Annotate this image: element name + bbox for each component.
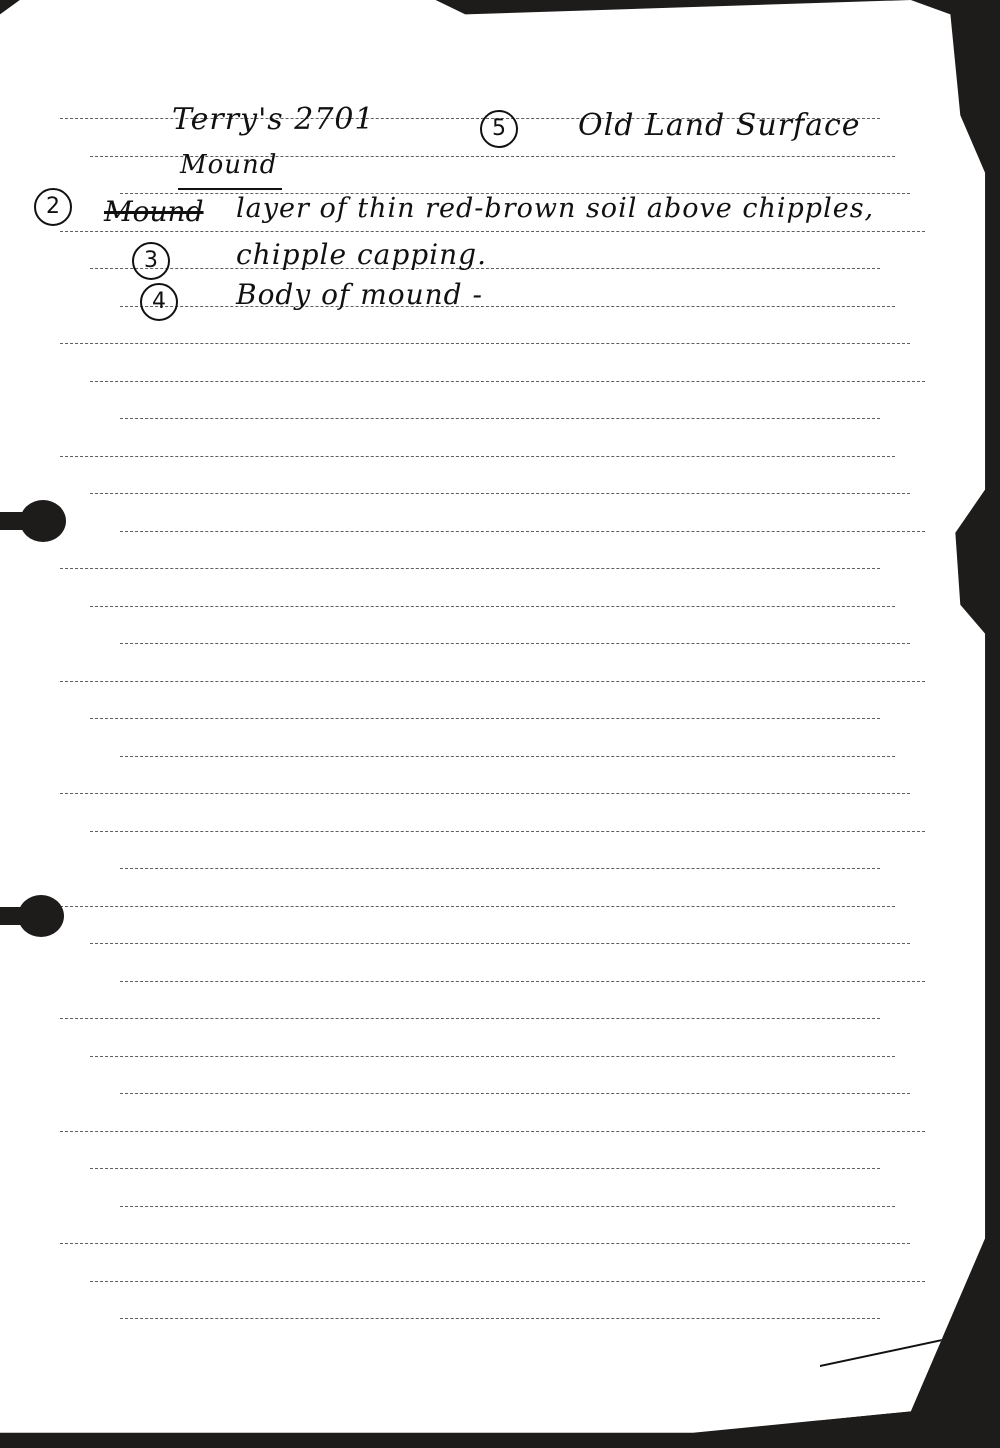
ruled-line [120,981,925,983]
feature-underline [178,188,282,190]
ruled-line [90,381,925,383]
ruled-line [120,1093,910,1095]
ruled-line [60,343,910,345]
entry-4-text: Body of mound - [236,278,483,311]
punch-hole-bottom [18,895,64,937]
ruled-line [120,868,880,870]
struck-out-word: Mound [104,195,204,228]
ruled-line [90,1168,880,1170]
folded-corner [820,1331,980,1447]
ruled-line [60,456,895,458]
ruled-line [90,1281,925,1283]
context-number-2: 2 [34,188,72,226]
ruled-line [60,568,880,570]
ruled-line [60,681,925,683]
feature-title: Mound [180,150,277,180]
ruled-line [90,943,910,945]
context-label: Old Land Surface [578,108,861,143]
entry-3-text: chipple capping. [236,238,487,271]
ruled-line [60,793,910,795]
ruled-line [90,831,925,833]
ruled-line [60,1131,925,1133]
site-name: Terry's 2701 [172,102,375,137]
ruled-line [60,231,925,233]
ruled-line [120,1206,895,1208]
context-number-3: 3 [132,242,170,280]
ruled-line [120,1318,880,1320]
ruled-line [90,718,880,720]
ruled-line [90,606,895,608]
ruled-line [90,1056,895,1058]
ruled-line [120,756,895,758]
punch-hole-top [20,500,66,542]
ruled-line [60,1018,880,1020]
context-number-4: 4 [140,283,178,321]
ruled-line [120,531,925,533]
ruled-line [60,906,895,908]
ruled-line [60,1243,910,1245]
entry-2-text: layer of thin red-brown soil above chipp… [236,193,874,224]
ruled-line [120,643,910,645]
ruled-line [120,418,880,420]
context-number-5: 5 [480,110,518,148]
ruled-line [90,493,910,495]
notebook-page: Terry's 2701 5 Old Land Surface Mound 2 … [0,0,990,1440]
